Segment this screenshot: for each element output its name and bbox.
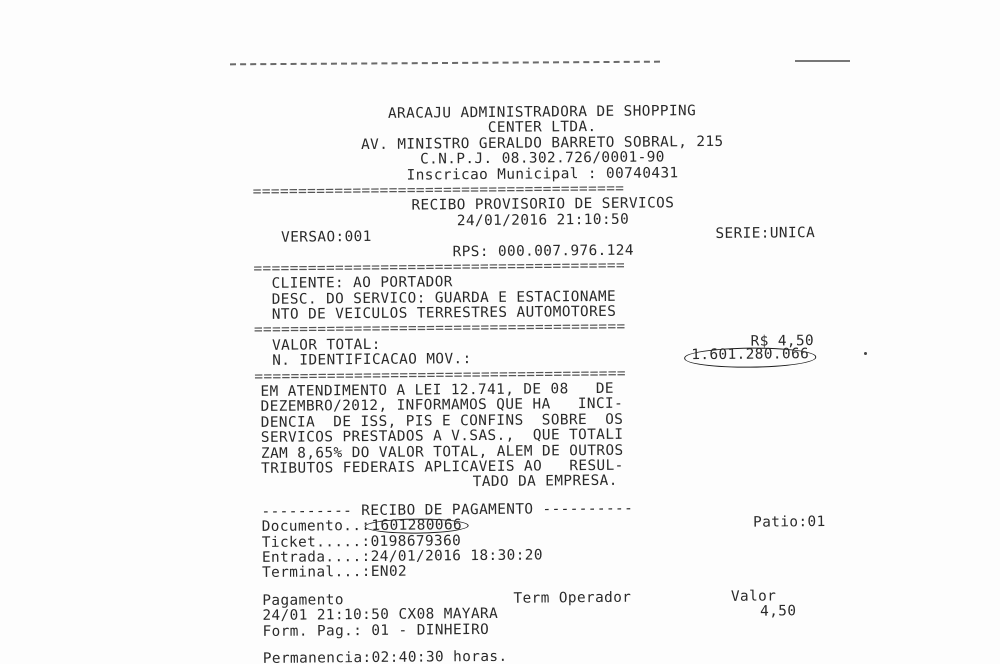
receipt: ARACAJU ADMINISTRADORA DE SHOPPING CENTE… [252, 103, 837, 664]
permanencia: Permanencia:02:40:30 horas. [257, 647, 837, 664]
col-term-operador: Term Operador [513, 590, 631, 606]
col-valor: Valor [731, 589, 776, 605]
documento-label: Documento..: [262, 518, 371, 535]
ident-label: N. IDENTIFICACAO MOV.: [272, 352, 472, 369]
payment-term: CX08 MAYARA [398, 606, 498, 623]
payment-datetime: 24/01 21:10:50 [262, 607, 389, 624]
rps-versao: VERSAO:001 [281, 230, 372, 246]
tear-edge [230, 61, 660, 66]
payment-valor: 4,50 [760, 604, 796, 620]
scan-speck [864, 352, 867, 355]
documento-value-circled: 1601280066 [364, 518, 469, 534]
patio: Patio:01 [753, 515, 826, 531]
rps-serie: SERIE:UNICA [715, 226, 815, 242]
tear-edge-fragment [795, 60, 850, 62]
